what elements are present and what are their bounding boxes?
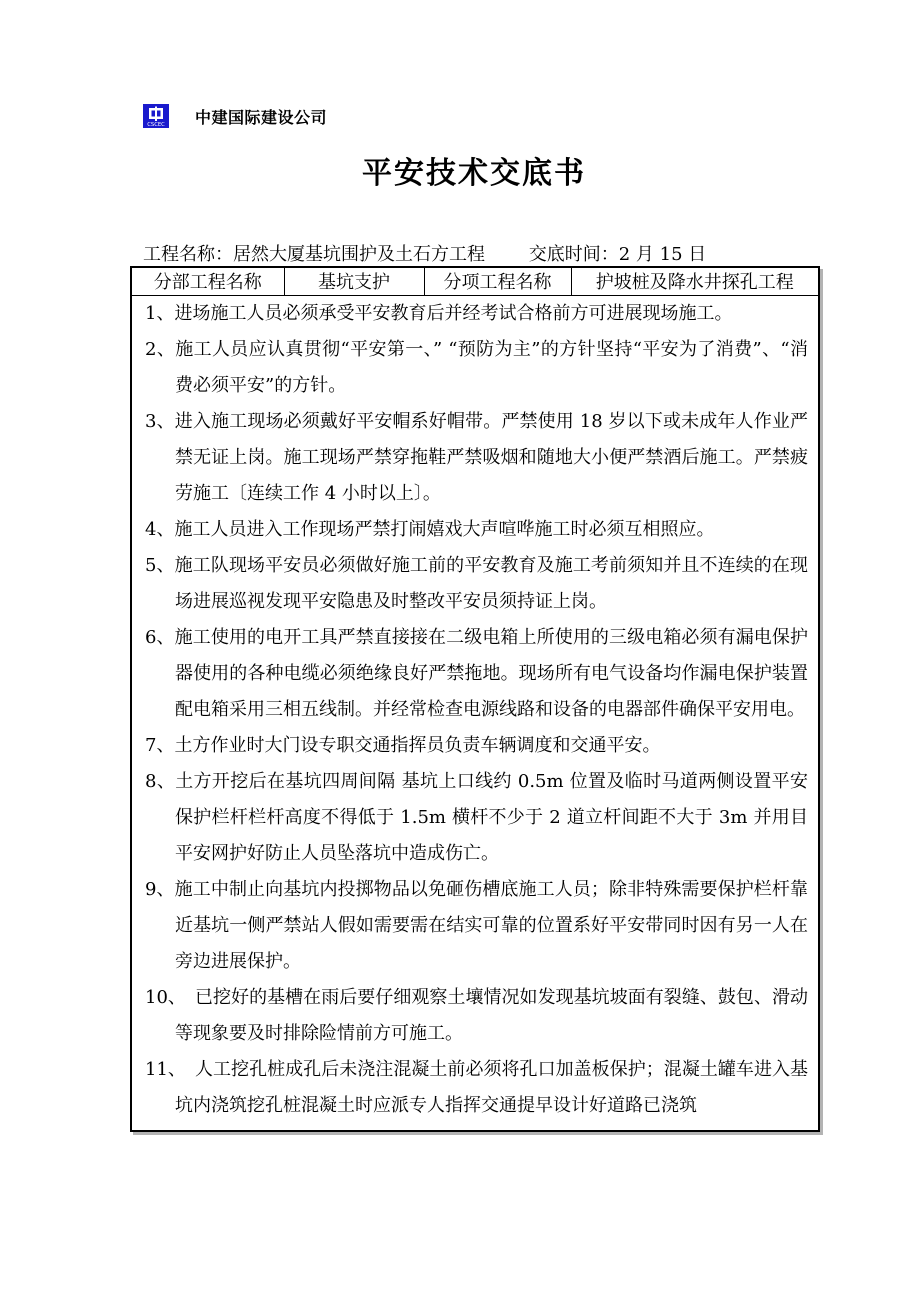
safety-item-number: 9、 [145,879,175,900]
cscec-logo: CSCEC [143,104,169,128]
project-name-label: 工程名称： [143,244,233,265]
safety-item-number: 7、 [145,735,174,756]
disclosure-time: 交底时间：2 月 15 日 [529,244,707,265]
safety-item-number: 4、 [145,519,174,540]
safety-item: 5、施工队现场平安员必须做好施工前的平安教育及施工考前须知并且不连续的在现场进展… [145,548,808,620]
header-cell-subdivision-label: 分部工程名称 [131,267,284,295]
disclosure-time-label: 交底时间： [529,244,619,265]
safety-item: 2、施工人员应认真贯彻“平安第一、” “预防为主”的方针坚持“平安为了消费”、“… [145,332,808,404]
safety-item: 7、土方作业时大门设专职交通指挥员负责车辆调度和交通平安。 [145,728,808,764]
table-header-row: 分部工程名称 基坑支护 分项工程名称 护坡桩及降水井探孔工程 [131,267,819,295]
safety-item: 11、 人工挖孔桩成孔后未浇注混凝土前必须将孔口加盖板保护；混凝土罐车进入基坑内… [145,1052,808,1124]
safety-item-text: 进入施工现场必须戴好平安帽系好帽带。严禁使用 18 岁以下或未成年人作业严禁无证… [175,411,808,504]
safety-item-number: 6、 [145,627,175,648]
project-info-row: 工程名称：居然大厦基坑围护及土石方工程 交底时间：2 月 15 日 [143,240,706,266]
safety-item-number: 2、 [145,339,175,360]
document-title: 平安技术交底书 [130,148,818,192]
disclosure-table: 分部工程名称 基坑支护 分项工程名称 护坡桩及降水井探孔工程 1、进场施工人员必… [130,266,820,1132]
header-cell-subitem-label: 分项工程名称 [424,267,571,295]
safety-item: 9、施工中制止向基坑内投掷物品以免砸伤槽底施工人员；除非特殊需要保护栏杆靠近基坑… [145,872,808,980]
safety-item: 6、施工使用的电开工具严禁直接接在二级电箱上所使用的三级电箱必须有漏电保护器使用… [145,620,808,728]
safety-item-number: 11、 [145,1059,177,1080]
safety-item-number: 10、 [145,987,177,1008]
svg-text:CSCEC: CSCEC [147,122,165,128]
safety-item-text: 施工使用的电开工具严禁直接接在二级电箱上所使用的三级电箱必须有漏电保护器使用的各… [175,627,808,720]
safety-item: 3、进入施工现场必须戴好平安帽系好帽带。严禁使用 18 岁以下或未成年人作业严禁… [145,404,808,512]
document-page: CSCEC 中建国际建设公司 平安技术交底书 工程名称：居然大厦基坑围护及土石方… [0,0,920,1302]
header-cell-subitem-value: 护坡桩及降水井探孔工程 [571,267,819,295]
safety-items-cell: 1、进场施工人员必须承受平安教育后并经考试合格前方可进展现场施工。 2、施工人员… [131,295,819,1131]
safety-item-number: 3、 [145,411,175,432]
safety-item-text: 已挖好的基槽在雨后要仔细观察土壤情况如发现基坑坡面有裂缝、鼓包、滑动等现象要及时… [175,987,808,1044]
header-cell-subdivision-value: 基坑支护 [284,267,424,295]
safety-item-text: 施工队现场平安员必须做好施工前的平安教育及施工考前须知并且不连续的在现场进展巡视… [175,555,808,612]
company-name: 中建国际建设公司 [195,105,327,128]
safety-item: 8、土方开挖后在基坑四周间隔 基坑上口线约 0.5m 位置及临时马道两侧设置平安… [145,764,808,872]
table-body-row: 1、进场施工人员必须承受平安教育后并经考试合格前方可进展现场施工。 2、施工人员… [131,295,819,1131]
safety-item-text: 施工中制止向基坑内投掷物品以免砸伤槽底施工人员；除非特殊需要保护栏杆靠近基坑一侧… [175,879,808,972]
disclosure-time-value: 2 月 15 日 [619,244,707,265]
safety-item-text: 土方开挖后在基坑四周间隔 基坑上口线约 0.5m 位置及临时马道两侧设置平安保护… [175,771,808,864]
safety-item-number: 5、 [145,555,175,576]
safety-item-text: 进场施工人员必须承受平安教育后并经考试合格前方可进展现场施工。 [174,303,732,324]
project-name-value: 居然大厦基坑围护及土石方工程 [233,244,485,265]
safety-item: 10、 已挖好的基槽在雨后要仔细观察土壤情况如发现基坑坡面有裂缝、鼓包、滑动等现… [145,980,808,1052]
project-name: 工程名称：居然大厦基坑围护及土石方工程 [143,244,485,265]
safety-item: 4、施工人员进入工作现场严禁打闹嬉戏大声喧哗施工时必须互相照应。 [145,512,808,548]
safety-item-text: 施工人员进入工作现场严禁打闹嬉戏大声喧哗施工时必须互相照应。 [174,519,714,540]
safety-item-number: 8、 [145,771,175,792]
safety-item-text: 施工人员应认真贯彻“平安第一、” “预防为主”的方针坚持“平安为了消费”、“消费… [175,339,808,396]
safety-item-text: 人工挖孔桩成孔后未浇注混凝土前必须将孔口加盖板保护；混凝土罐车进入基坑内浇筑挖孔… [175,1059,808,1116]
safety-item: 1、进场施工人员必须承受平安教育后并经考试合格前方可进展现场施工。 [145,296,808,332]
safety-item-text: 土方作业时大门设专职交通指挥员负责车辆调度和交通平安。 [174,735,660,756]
brand-row: CSCEC 中建国际建设公司 [143,104,327,128]
safety-item-number: 1、 [145,303,174,324]
